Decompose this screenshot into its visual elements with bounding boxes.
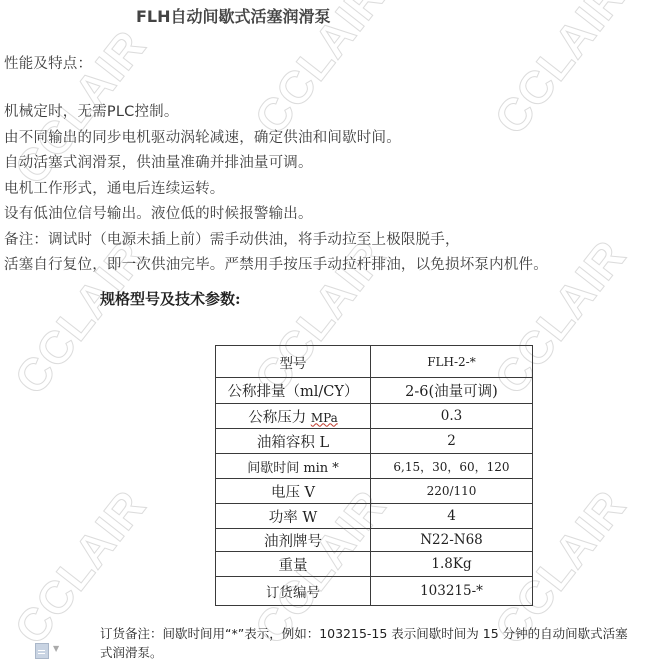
table-row: 间歇时间 min * 6,15，30，60，120 [216,454,533,479]
spec-key: 油剂牌号 [216,529,371,552]
table-row: 订货编号 103215-* [216,577,533,606]
table-row: 油剂牌号 N22-N68 [216,529,533,552]
order-note: 订货备注：间歇时间用“*”表示，例如：103215-15 表示间歇时间为 15 … [100,624,640,662]
document-icon[interactable] [35,643,49,659]
spec-key: 油箱容积 L [216,429,371,454]
spec-key-unit: MPa [311,411,338,425]
feature-line: 自动活塞式润滑泵，供油量准确并排油量可调。 [4,151,313,172]
spec-table: 型号 FLH-2-* 公称排量（ml/CY） 2-6(油量可调) 公称压力 MP… [215,345,533,606]
table-row: 公称排量（ml/CY） 2-6(油量可调) [216,378,533,404]
chevron-down-icon[interactable]: ▼ [53,644,59,653]
spec-key: 功率 W [216,504,371,529]
spec-key: 订货编号 [216,577,371,606]
spec-key: 重量 [216,552,371,577]
spec-heading: 规格型号及技术参数: [100,288,241,309]
spec-key: 电压 V [216,479,371,504]
spec-value: N22-N68 [371,529,533,552]
table-row: 电压 V 220/110 [216,479,533,504]
feature-line: 由不同输出的同步电机驱动涡轮减速，确定供油和间歇时间。 [4,126,401,147]
spec-key-main: 公称压力 [248,410,311,426]
table-row: 油箱容积 L 2 [216,429,533,454]
spec-value: 4 [371,504,533,529]
spec-value: 0.3 [371,404,533,429]
spec-value: 103215-* [371,577,533,606]
spec-value: 220/110 [371,479,533,504]
feature-line: 活塞自行复位，即一次供油完毕。严禁用手按压手动拉杆排油，以免损坏泵内机件。 [4,253,548,274]
table-row: 型号 FLH-2-* [216,346,533,378]
spec-value: 1.8Kg [371,552,533,577]
table-row: 公称压力 MPa 0.3 [216,404,533,429]
features-heading: 性能及特点： [4,52,92,73]
spec-value: 2 [371,429,533,454]
page-title: FLH自动间歇式活塞润滑泵 [136,4,331,27]
feature-line: 设有低油位信号输出。液位低的时候报警输出。 [4,202,313,223]
feature-line: 备注：调试时（电源未插上前）需手动供油，将手动拉至上极限脱手， [4,228,460,249]
spec-value: 6,15，30，60，120 [371,454,533,479]
feature-line: 机械定时，无需PLC控制。 [4,100,179,121]
table-row: 重量 1.8Kg [216,552,533,577]
spec-key: 间歇时间 min * [216,454,371,479]
spec-key: 公称压力 MPa [216,404,371,429]
table-row: 功率 W 4 [216,504,533,529]
spec-value: FLH-2-* [371,346,533,378]
spec-key: 公称排量（ml/CY） [216,378,371,404]
feature-line: 电机工作形式，通电后连续运转。 [4,177,225,198]
spec-value: 2-6(油量可调) [371,378,533,404]
spec-key: 型号 [216,346,371,378]
watermark: CCLAIR [483,0,636,144]
